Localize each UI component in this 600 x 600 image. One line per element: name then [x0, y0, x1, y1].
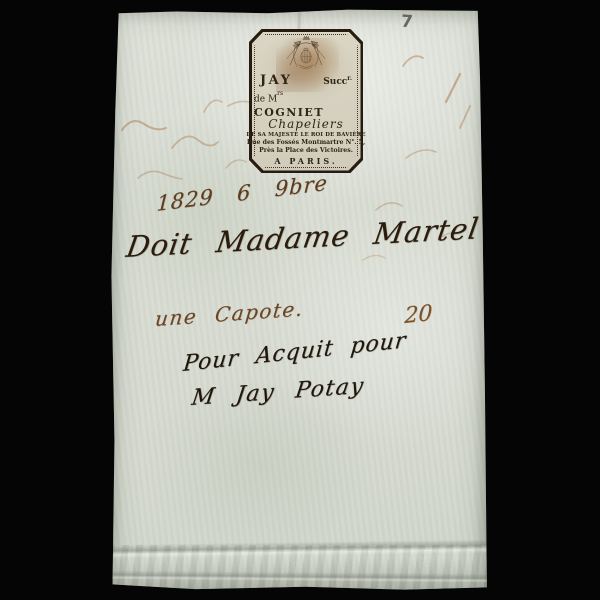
- paper-sheet: JAY Succr. de Mrs COGNIET Chapeliers DE …: [108, 8, 488, 592]
- bottom-wrinkles: [108, 545, 488, 592]
- label-name: JAY: [260, 73, 292, 88]
- pencil-number: 7: [400, 12, 413, 33]
- label-predecessor: de Mrs COGNIET: [254, 88, 358, 118]
- royal-coat-of-arms-icon: [264, 34, 348, 74]
- item-line: une Capote.: [154, 296, 305, 331]
- receipt-signature-line-1: Pour Acquit pour: [182, 328, 408, 377]
- handwritten-date: 1829 6 9bre: [156, 171, 328, 216]
- hatter-trade-label: JAY Succr. de Mrs COGNIET Chapeliers DE …: [249, 29, 363, 173]
- royal-warrant-line: DE SA MAJESTÉ LE ROI DE BAVIÈRE: [246, 131, 365, 139]
- receipt-signature-line-2: M Jay Potay: [190, 374, 366, 411]
- photograph-black-backdrop: { "scene": { "background_color": "#05050…: [0, 0, 600, 600]
- label-trade: Chapeliers: [268, 118, 344, 131]
- address-line-1: Rue des Fossés Montmartre N°. 5,: [247, 139, 365, 147]
- address-line-2: Près la Place des Victoires.: [259, 147, 353, 155]
- debit-line: Doit Madame Martel: [124, 211, 481, 264]
- city-line: A PARIS.: [274, 156, 337, 167]
- label-successor: Succr.: [323, 75, 352, 87]
- price-value: 20: [404, 301, 433, 329]
